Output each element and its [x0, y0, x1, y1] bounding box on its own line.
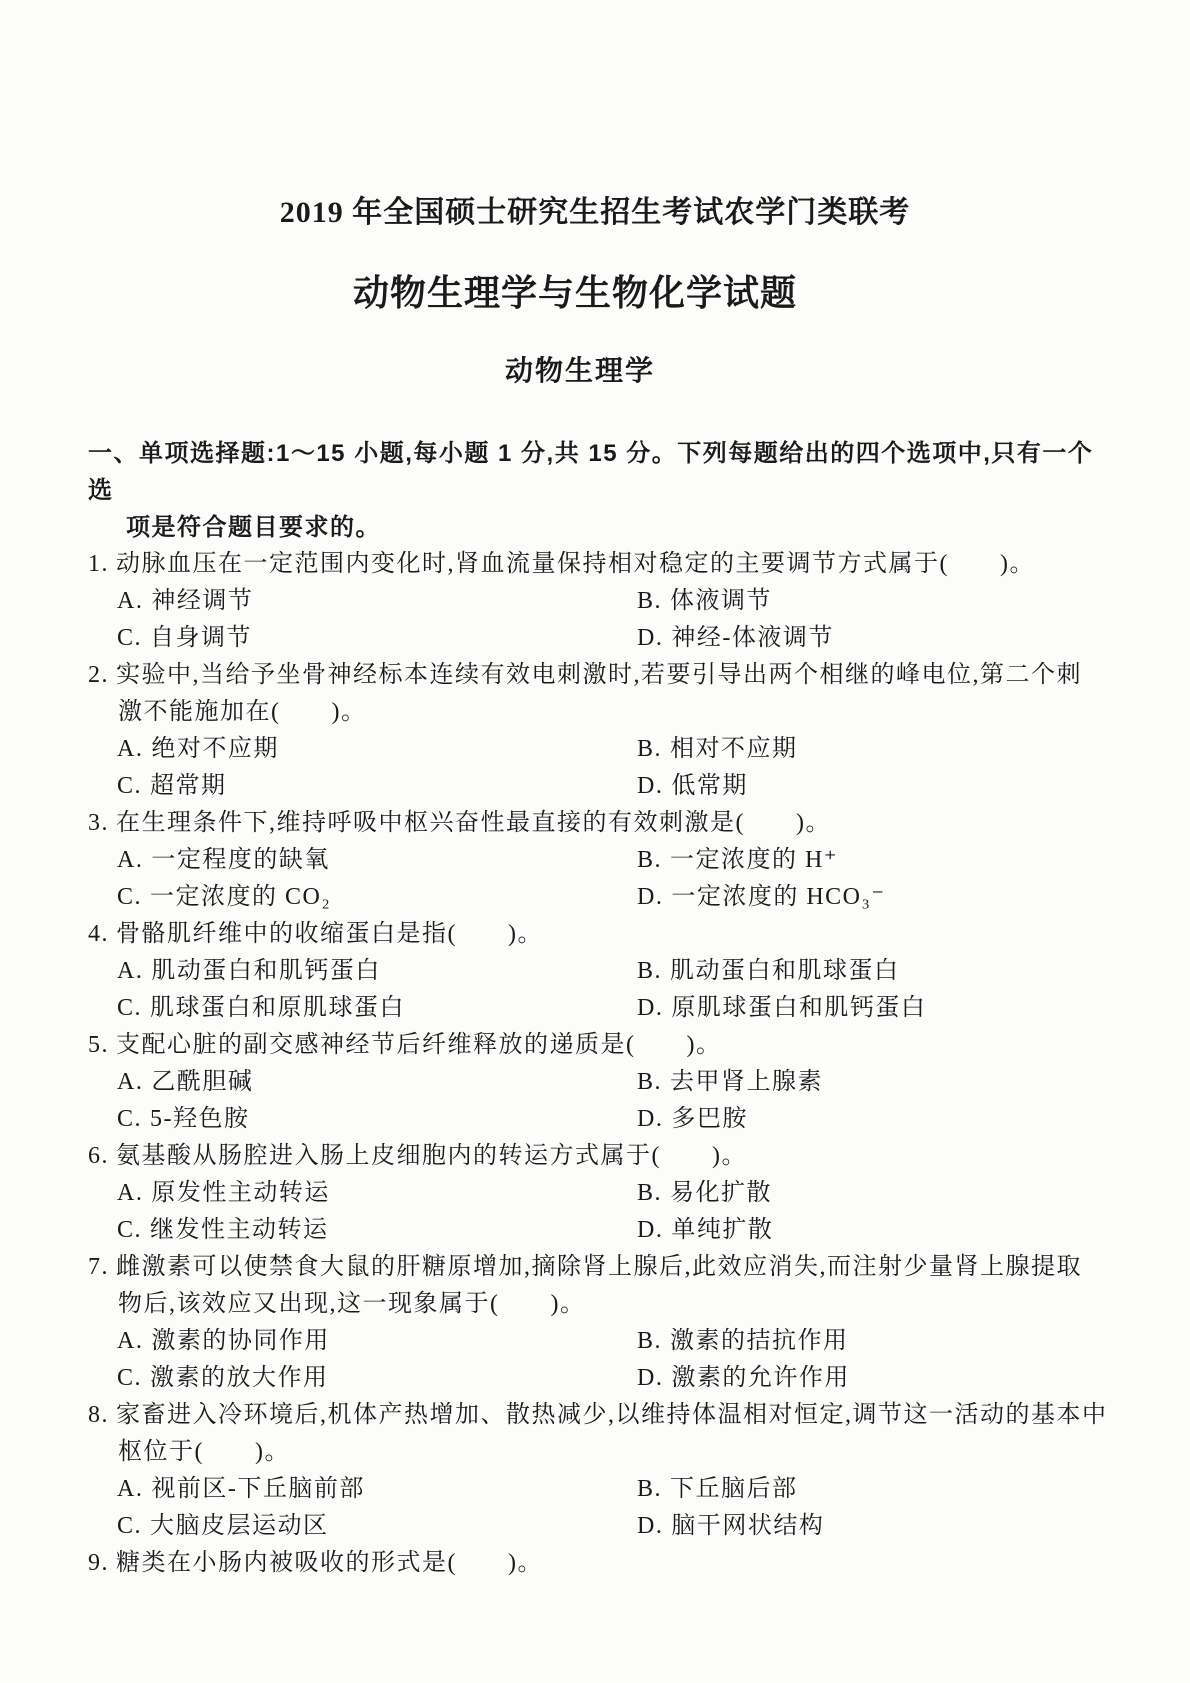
question-6-options-row-1: A.原发性主动转运 B.易化扩散: [88, 1175, 1110, 1212]
question-5-option-b-text: 去甲肾上腺素: [670, 1069, 823, 1095]
question-4-number: 4.: [88, 921, 109, 947]
question-9: 9.糖类在小肠内被吸收的形式是( )。: [88, 1545, 1110, 1582]
exam-subtitle: 动物生理学与生物化学试题: [0, 270, 1150, 317]
question-1-option-a-label: A.: [117, 588, 143, 614]
question-2-number: 2.: [88, 662, 109, 688]
question-8-stem: 8.家畜进入冷环境后,机体产热增加、散热减少,以维持体温相对恒定,调节这一活动的…: [88, 1397, 1110, 1434]
question-2-option-d-label: D.: [637, 773, 663, 799]
question-8-option-b: B.下丘脑后部: [637, 1471, 798, 1508]
question-8-option-a: A.视前区-下丘脑前部: [117, 1471, 637, 1508]
question-7-stem: 7.雌激素可以使禁食大鼠的肝糖原增加,摘除肾上腺后,此效应消失,而注射少量肾上腺…: [88, 1249, 1110, 1286]
instruction-line-1: 一、单项选择题:1～15 小题,每小题 1 分,共 15 分。下列每题给出的四个…: [88, 435, 1110, 509]
question-5-option-b: B.去甲肾上腺素: [637, 1064, 823, 1101]
question-4-option-a-label: A.: [117, 958, 143, 984]
question-2-option-d-text: 低常期: [671, 773, 748, 799]
question-3-option-a-text: 一定程度的缺氧: [151, 847, 330, 873]
question-4-option-b-text: 肌动蛋白和肌球蛋白: [670, 958, 900, 984]
question-3-number: 3.: [88, 810, 109, 836]
question-4-stem-text: 骨骼肌纤维中的收缩蛋白是指( )。: [116, 921, 543, 947]
question-1-options-row-1: A.神经调节 B.体液调节: [88, 583, 1110, 620]
question-4-option-c-text: 肌球蛋白和原肌球蛋白: [150, 995, 405, 1021]
question-3-option-c: C.一定浓度的 CO₂: [117, 879, 637, 916]
question-2: 2.实验中,当给予坐骨神经标本连续有效电刺激时,若要引导出两个相继的峰电位,第二…: [88, 657, 1110, 805]
question-8-option-d-label: D.: [637, 1513, 663, 1539]
question-5-option-d-label: D.: [637, 1106, 663, 1132]
question-4-option-c-label: C.: [117, 995, 142, 1021]
question-2-option-c-text: 超常期: [150, 773, 227, 799]
question-4-option-d-label: D.: [637, 995, 663, 1021]
question-2-option-d: D.低常期: [637, 768, 748, 805]
question-7-option-c: C.激素的放大作用: [117, 1360, 637, 1397]
question-2-option-a: A.绝对不应期: [117, 731, 637, 768]
question-7-stem-text: 雌激素可以使禁食大鼠的肝糖原增加,摘除肾上腺后,此效应消失,而注射少量肾上腺提取: [116, 1254, 1082, 1280]
question-6-option-c-label: C.: [117, 1217, 142, 1243]
question-5-option-a: A.乙酰胆碱: [117, 1064, 637, 1101]
question-5-stem: 5.支配心脏的副交感神经节后纤维释放的递质是( )。: [88, 1027, 1110, 1064]
question-3-option-d-text: 一定浓度的 HCO₃⁻: [671, 884, 885, 910]
question-8-option-c-text: 大脑皮层运动区: [150, 1513, 329, 1539]
question-5-option-a-label: A.: [117, 1069, 143, 1095]
question-6: 6.氨基酸从肠腔进入肠上皮细胞内的转运方式属于( )。 A.原发性主动转运 B.…: [88, 1138, 1110, 1249]
question-7-option-b-label: B.: [637, 1328, 662, 1354]
question-2-option-c-label: C.: [117, 773, 142, 799]
question-2-stem-line-2: 激不能施加在( )。: [88, 694, 1110, 731]
question-3-option-d-label: D.: [637, 884, 663, 910]
question-5: 5.支配心脏的副交感神经节后纤维释放的递质是( )。 A.乙酰胆碱 B.去甲肾上…: [88, 1027, 1110, 1138]
question-2-option-c: C.超常期: [117, 768, 637, 805]
question-1-option-b-label: B.: [637, 588, 662, 614]
question-8-option-b-label: B.: [637, 1476, 662, 1502]
question-4-options-row-1: A.肌动蛋白和肌钙蛋白 B.肌动蛋白和肌球蛋白: [88, 953, 1110, 990]
question-1-option-d: D.神经-体液调节: [637, 620, 834, 657]
question-3: 3.在生理条件下,维持呼吸中枢兴奋性最直接的有效刺激是( )。 A.一定程度的缺…: [88, 805, 1110, 916]
question-2-option-a-text: 绝对不应期: [151, 736, 279, 762]
question-4-option-d: D.原肌球蛋白和肌钙蛋白: [637, 990, 926, 1027]
question-1-option-d-text: 神经-体液调节: [671, 625, 834, 651]
exam-body: 一、单项选择题:1～15 小题,每小题 1 分,共 15 分。下列每题给出的四个…: [88, 435, 1110, 1582]
question-1-option-d-label: D.: [637, 625, 663, 651]
question-8-stem-text: 家畜进入冷环境后,机体产热增加、散热减少,以维持体温相对恒定,调节这一活动的基本…: [116, 1402, 1108, 1428]
question-6-options-row-2: C.继发性主动转运 D.单纯扩散: [88, 1212, 1110, 1249]
question-7-option-b-text: 激素的拮抗作用: [670, 1328, 849, 1354]
section-heading: 动物生理学: [0, 353, 1160, 389]
question-4-options-row-2: C.肌球蛋白和原肌球蛋白 D.原肌球蛋白和肌钙蛋白: [88, 990, 1110, 1027]
question-6-option-a-label: A.: [117, 1180, 143, 1206]
question-5-options-row-2: C.5-羟色胺 D.多巴胺: [88, 1101, 1110, 1138]
instruction-line-2: 项是符合题目要求的。: [88, 509, 1110, 546]
question-5-option-c-text: 5-羟色胺: [150, 1106, 250, 1132]
question-8-options-row-1: A.视前区-下丘脑前部 B.下丘脑后部: [88, 1471, 1110, 1508]
question-5-number: 5.: [88, 1032, 109, 1058]
question-2-options-row-2: C.超常期 D.低常期: [88, 768, 1110, 805]
question-9-stem-text: 糖类在小肠内被吸收的形式是( )。: [116, 1550, 543, 1576]
question-5-option-d-text: 多巴胺: [671, 1106, 748, 1132]
question-3-option-b-label: B.: [637, 847, 662, 873]
question-8-number: 8.: [88, 1402, 109, 1428]
question-5-stem-text: 支配心脏的副交感神经节后纤维释放的递质是( )。: [116, 1032, 721, 1058]
question-3-options-row-1: A.一定程度的缺氧 B.一定浓度的 H⁺: [88, 842, 1110, 879]
question-8-option-c-label: C.: [117, 1513, 142, 1539]
question-8-option-a-label: A.: [117, 1476, 143, 1502]
question-6-option-a: A.原发性主动转运: [117, 1175, 637, 1212]
question-1-number: 1.: [88, 551, 109, 577]
question-8-option-d-text: 脑干网状结构: [671, 1513, 824, 1539]
exam-title: 2019 年全国硕士研究生招生考试农学门类联考: [0, 0, 1190, 234]
question-6-option-d: D.单纯扩散: [637, 1212, 773, 1249]
question-6-stem: 6.氨基酸从肠腔进入肠上皮细胞内的转运方式属于( )。: [88, 1138, 1110, 1175]
question-4-option-d-text: 原肌球蛋白和肌钙蛋白: [671, 995, 926, 1021]
question-3-option-b: B.一定浓度的 H⁺: [637, 842, 838, 879]
question-7-options-row-2: C.激素的放大作用 D.激素的允许作用: [88, 1360, 1110, 1397]
question-7-option-c-label: C.: [117, 1365, 142, 1391]
question-7-option-a-text: 激素的协同作用: [151, 1328, 330, 1354]
question-4-stem: 4.骨骼肌纤维中的收缩蛋白是指( )。: [88, 916, 1110, 953]
question-7-option-d: D.激素的允许作用: [637, 1360, 850, 1397]
question-3-option-a: A.一定程度的缺氧: [117, 842, 637, 879]
question-6-option-b-label: B.: [637, 1180, 662, 1206]
question-8-options-row-2: C.大脑皮层运动区 D.脑干网状结构: [88, 1508, 1110, 1545]
question-1-option-c-label: C.: [117, 625, 142, 651]
question-8: 8.家畜进入冷环境后,机体产热增加、散热减少,以维持体温相对恒定,调节这一活动的…: [88, 1397, 1110, 1545]
question-2-options-row-1: A.绝对不应期 B.相对不应期: [88, 731, 1110, 768]
question-3-option-a-label: A.: [117, 847, 143, 873]
exam-paper-page: 2019 年全国硕士研究生招生考试农学门类联考 动物生理学与生物化学试题 动物生…: [0, 0, 1190, 1683]
question-3-stem-text: 在生理条件下,维持呼吸中枢兴奋性最直接的有效刺激是( )。: [116, 810, 831, 836]
question-2-stem: 2.实验中,当给予坐骨神经标本连续有效电刺激时,若要引导出两个相继的峰电位,第二…: [88, 657, 1110, 694]
question-2-option-a-label: A.: [117, 736, 143, 762]
question-3-option-d: D.一定浓度的 HCO₃⁻: [637, 879, 886, 916]
question-8-stem-line-2: 枢位于( )。: [88, 1434, 1110, 1471]
question-6-option-b-text: 易化扩散: [670, 1180, 772, 1206]
question-1-option-a: A.神经调节: [117, 583, 637, 620]
question-7-options-row-1: A.激素的协同作用 B.激素的拮抗作用: [88, 1323, 1110, 1360]
question-3-option-c-text: 一定浓度的 CO₂: [150, 884, 331, 910]
question-6-option-a-text: 原发性主动转运: [151, 1180, 330, 1206]
question-5-option-b-label: B.: [637, 1069, 662, 1095]
question-5-option-a-text: 乙酰胆碱: [151, 1069, 253, 1095]
question-7: 7.雌激素可以使禁食大鼠的肝糖原增加,摘除肾上腺后,此效应消失,而注射少量肾上腺…: [88, 1249, 1110, 1397]
question-7-option-d-text: 激素的允许作用: [671, 1365, 850, 1391]
question-1-option-c-text: 自身调节: [150, 625, 252, 651]
question-7-option-a-label: A.: [117, 1328, 143, 1354]
question-6-option-b: B.易化扩散: [637, 1175, 772, 1212]
question-3-option-b-text: 一定浓度的 H⁺: [670, 847, 838, 873]
question-3-option-c-label: C.: [117, 884, 142, 910]
question-1-option-c: C.自身调节: [117, 620, 637, 657]
question-2-option-b-text: 相对不应期: [670, 736, 798, 762]
question-3-stem: 3.在生理条件下,维持呼吸中枢兴奋性最直接的有效刺激是( )。: [88, 805, 1110, 842]
question-7-option-b: B.激素的拮抗作用: [637, 1323, 849, 1360]
question-1-option-b: B.体液调节: [637, 583, 772, 620]
question-8-option-c: C.大脑皮层运动区: [117, 1508, 637, 1545]
question-8-option-d: D.脑干网状结构: [637, 1508, 824, 1545]
question-9-number: 9.: [88, 1550, 109, 1576]
question-8-option-b-text: 下丘脑后部: [670, 1476, 798, 1502]
question-5-option-d: D.多巴胺: [637, 1101, 748, 1138]
question-7-number: 7.: [88, 1254, 109, 1280]
question-1-stem-text: 动脉血压在一定范围内变化时,肾血流量保持相对稳定的主要调节方式属于( )。: [116, 551, 1035, 577]
question-6-option-c: C.继发性主动转运: [117, 1212, 637, 1249]
question-4-option-b: B.肌动蛋白和肌球蛋白: [637, 953, 900, 990]
question-1-option-b-text: 体液调节: [670, 588, 772, 614]
question-2-option-b-label: B.: [637, 736, 662, 762]
question-9-stem: 9.糖类在小肠内被吸收的形式是( )。: [88, 1545, 1110, 1582]
section-instructions: 一、单项选择题:1～15 小题,每小题 1 分,共 15 分。下列每题给出的四个…: [88, 435, 1110, 546]
question-1-option-a-text: 神经调节: [151, 588, 253, 614]
question-1-stem: 1.动脉血压在一定范围内变化时,肾血流量保持相对稳定的主要调节方式属于( )。: [88, 546, 1110, 583]
question-6-option-c-text: 继发性主动转运: [150, 1217, 329, 1243]
question-6-stem-text: 氨基酸从肠腔进入肠上皮细胞内的转运方式属于( )。: [116, 1143, 747, 1169]
question-4: 4.骨骼肌纤维中的收缩蛋白是指( )。 A.肌动蛋白和肌钙蛋白 B.肌动蛋白和肌…: [88, 916, 1110, 1027]
question-5-option-c-label: C.: [117, 1106, 142, 1132]
question-6-number: 6.: [88, 1143, 109, 1169]
question-5-option-c: C.5-羟色胺: [117, 1101, 637, 1138]
question-4-option-a: A.肌动蛋白和肌钙蛋白: [117, 953, 637, 990]
question-4-option-b-label: B.: [637, 958, 662, 984]
question-4-option-c: C.肌球蛋白和原肌球蛋白: [117, 990, 637, 1027]
question-6-option-d-text: 单纯扩散: [671, 1217, 773, 1243]
question-2-option-b: B.相对不应期: [637, 731, 798, 768]
question-2-stem-text: 实验中,当给予坐骨神经标本连续有效电刺激时,若要引导出两个相继的峰电位,第二个刺: [116, 662, 1082, 688]
question-7-option-a: A.激素的协同作用: [117, 1323, 637, 1360]
question-7-option-d-label: D.: [637, 1365, 663, 1391]
question-7-option-c-text: 激素的放大作用: [150, 1365, 329, 1391]
question-1: 1.动脉血压在一定范围内变化时,肾血流量保持相对稳定的主要调节方式属于( )。 …: [88, 546, 1110, 657]
question-7-stem-line-2: 物后,该效应又出现,这一现象属于( )。: [88, 1286, 1110, 1323]
question-4-option-a-text: 肌动蛋白和肌钙蛋白: [151, 958, 381, 984]
question-8-option-a-text: 视前区-下丘脑前部: [151, 1476, 365, 1502]
question-6-option-d-label: D.: [637, 1217, 663, 1243]
question-1-options-row-2: C.自身调节 D.神经-体液调节: [88, 620, 1110, 657]
question-3-options-row-2: C.一定浓度的 CO₂ D.一定浓度的 HCO₃⁻: [88, 879, 1110, 916]
question-5-options-row-1: A.乙酰胆碱 B.去甲肾上腺素: [88, 1064, 1110, 1101]
